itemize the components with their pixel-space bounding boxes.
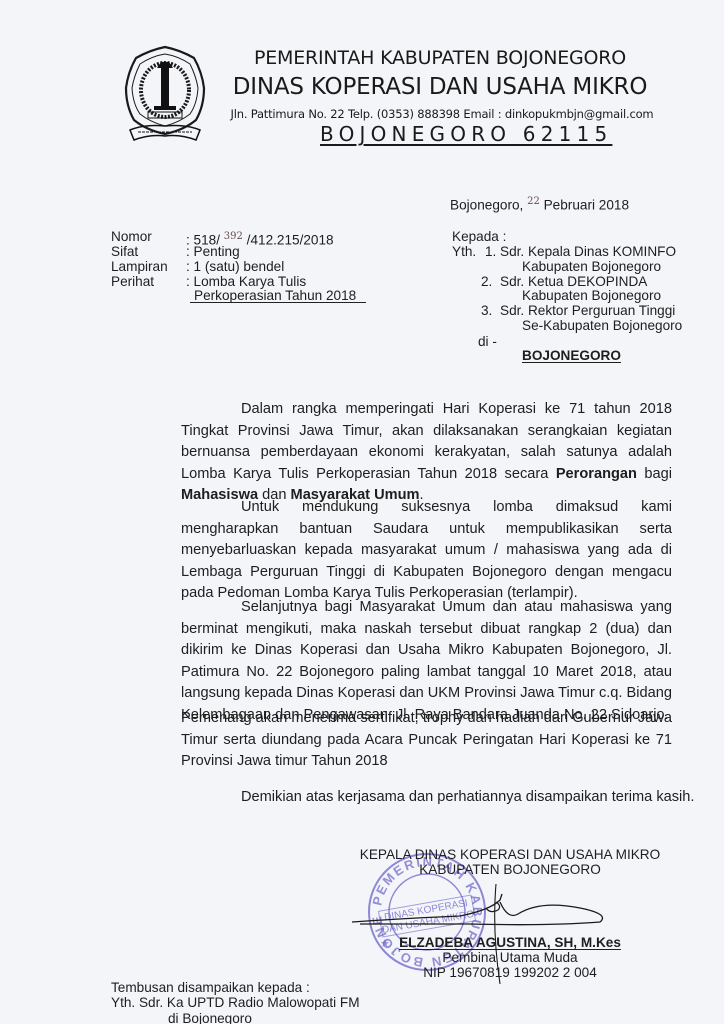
signatory-name: ELZADEBA AGUSTINA, SH, M.Kes: [340, 935, 680, 950]
addressee-city: BOJONEGORO: [522, 348, 621, 363]
meta-label-nomor: Nomor: [111, 229, 152, 244]
addressee-heading: Kepada :: [452, 229, 506, 244]
meta-value-sifat: : Penting: [186, 244, 240, 259]
letterhead-government: PEMERINTAH KABUPATEN BOJONEGORO: [230, 47, 650, 69]
meta-label-lampiran: Lampiran: [111, 259, 168, 274]
addressee-di: di -: [478, 334, 497, 349]
tembusan-location: di Bojonegoro: [168, 1011, 252, 1024]
meta-label-sifat: Sifat: [111, 244, 138, 259]
body-paragraph-1: Dalam rangka memperingati Hari Koperasi …: [181, 399, 672, 507]
signatory-rank: Pembina Utama Muda: [340, 950, 680, 965]
signatory-title-line1: KEPALA DINAS KOPERASI DAN USAHA MIKRO: [340, 847, 680, 862]
letterhead-agency: DINAS KOPERASI DAN USAHA MIKRO: [230, 74, 650, 100]
addressee-2-line1: Sdr. Ketua DEKOPINDA: [500, 274, 647, 289]
date-prefix: Bojonegoro,: [450, 198, 523, 213]
addressee-3-line1: Sdr. Rektor Perguruan Tinggi: [500, 303, 675, 318]
meta-value-perihat: : Lomba Karya Tulis: [186, 274, 306, 289]
perihat-underline: [190, 302, 366, 303]
addressee-2-line2: Kabupaten Bojonegoro: [522, 288, 661, 303]
addressee-1-line1: Sdr. Kepala Dinas KOMINFO: [500, 244, 676, 259]
addressee-3-number: 3.: [481, 303, 492, 318]
addressee-yth: Yth.: [452, 244, 476, 259]
body-paragraph-3: Selanjutnya bagi Masyarakat Umum dan ata…: [181, 597, 672, 726]
tembusan-heading: Tembusan disampaikan kepada :: [111, 980, 310, 995]
body-paragraph-4: Pemenang akan menerima sertifikat, troph…: [181, 708, 672, 773]
body-paragraph-2: Untuk mendukung suksesnya lomba dimaksud…: [181, 497, 672, 605]
date-month-year: Pebruari 2018: [544, 198, 629, 213]
addressee-3-line2: Se-Kabupaten Bojonegoro: [522, 318, 682, 333]
addressee-1-number: 1.: [485, 244, 496, 259]
letter-date: Bojonegoro, 22 Pebruari 2018: [450, 194, 629, 213]
letterhead-city-postcode: BOJONEGORO 62115: [320, 122, 612, 146]
tembusan-item-1: Yth. Sdr. Ka UPTD Radio Malowopati FM: [111, 995, 360, 1010]
nomor-handwritten: 392: [224, 231, 243, 242]
closing-sentence: Demikian atas kerjasama dan perhatiannya…: [241, 790, 694, 805]
signatory-nip: NIP 19670819 199202 2 004: [340, 965, 680, 980]
meta-label-perihat: Perihat: [111, 274, 154, 289]
addressee-1-line2: Kabupaten Bojonegoro: [522, 259, 661, 274]
crest-logo-icon: [124, 44, 206, 146]
meta-value-perihat-line2: Perkoperasian Tahun 2018: [194, 288, 356, 303]
meta-value-lampiran: : 1 (satu) bendel: [186, 259, 284, 274]
date-day-handwritten: 22: [527, 196, 540, 207]
letterhead-contact: Jln. Pattimura No. 22 Telp. (0353) 88839…: [214, 107, 670, 121]
addressee-2-number: 2.: [481, 274, 492, 289]
signatory-title-line2: KABUPATEN BOJONEGORO: [340, 862, 680, 877]
